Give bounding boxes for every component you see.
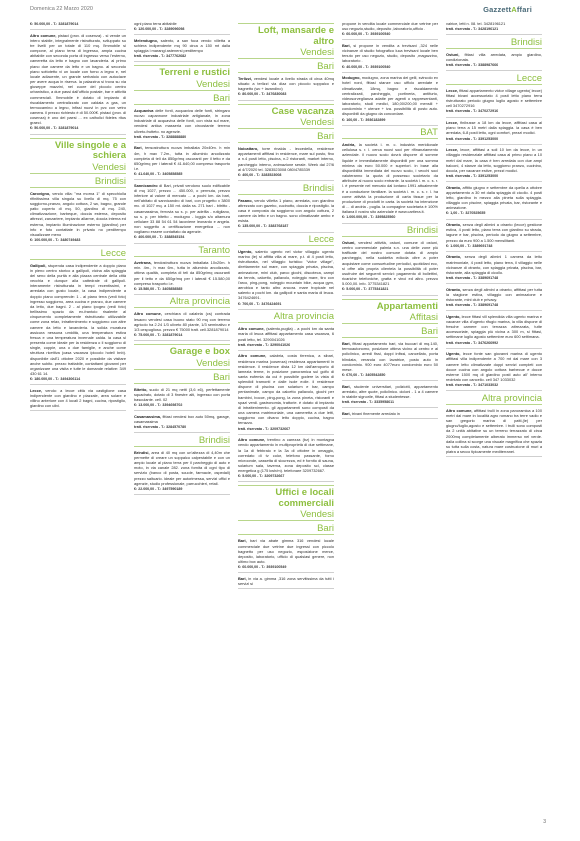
- ad-body: Gallipoli, stupenda casa indipendente a …: [30, 263, 126, 376]
- ad-price-phone: tratt. riservata - T.: 3388987666: [446, 63, 542, 68]
- ad-text: vendo: a lecce città via castiglione cas…: [30, 388, 126, 408]
- classified-ad: Bari, fittasi appartamento bari, via buc…: [342, 340, 438, 381]
- ad-price-phone: €: 160,00 - T.: 3936182899: [342, 118, 438, 123]
- ad-price-phone: €: 5.000,00 - T.: 3775341821: [342, 287, 438, 292]
- classified-ad: Bari, in via a. gimma ,316 zona servitis…: [238, 575, 334, 589]
- classified-ad: Lecce, lecce, affittasi a soli 10 km da …: [446, 146, 542, 182]
- ad-text: vendesi locale a livello strada di circa…: [238, 76, 334, 91]
- ad-body: Otranto, senza degli alimini a otranto (…: [446, 222, 542, 243]
- ad-text: fittasi appartamento victor village ugen…: [446, 88, 542, 108]
- ad-body: Avetrana, tendostruttura nuova imballata…: [134, 260, 230, 286]
- ad-body: Melendugno, salento, a san foca vendo vi…: [134, 38, 230, 53]
- classified-ad: Altro comune, calabria, costa tirrenica,…: [238, 352, 334, 434]
- ad-body: Bari, fittasi appartamento bari, via buc…: [342, 341, 438, 372]
- ad-price-phone: €: 50.000,00 - T.: 3281879014: [30, 22, 126, 27]
- subsection-heading: Lecce: [238, 234, 334, 246]
- classified-ad: Lecce, vendo: a lecce città via castigli…: [30, 387, 126, 412]
- ad-price-phone: €: 400,00 - T.: 3283523008: [238, 173, 334, 178]
- column-3: Loft, mansarde e altroVendesiBariTerlizz…: [238, 20, 334, 830]
- classified-ad: Lecce, fittasi appartamento victor villa…: [446, 87, 542, 118]
- ad-body: Ostuni, fittasi villa arredata, ampio gi…: [446, 52, 542, 62]
- subsection-heading: Vendesi: [134, 79, 230, 91]
- ad-price-phone: €: 670,00 - T.: 3405542850: [342, 373, 438, 378]
- ad-body: Bari, tensostruttura nuova imballata 20x…: [134, 145, 230, 171]
- ad-price-phone: €: 180.000,00 - T.: 3494306114: [30, 377, 126, 382]
- subsection-heading: Bari: [238, 61, 334, 73]
- brand-suffix: ffari: [517, 5, 532, 14]
- classified-ad: Terlizzi, vendesi locale a livello strad…: [238, 75, 334, 101]
- subsection-heading: Lecce: [30, 248, 126, 260]
- ad-price-phone: €: 13.000,00 - T.: 3394698702: [134, 403, 230, 408]
- ad-price-phone: tratt. riservata - T.: 3209732667: [238, 427, 334, 432]
- ad-price-phone: tratt. riservata - T.: 3391253000: [446, 174, 542, 179]
- ad-text: suolo di 21 mq netti (3,6 x6), perfettam…: [134, 387, 230, 402]
- subsection-heading: Bari: [238, 523, 334, 535]
- ad-price-phone: tratt. riservata - T.: 3284570780: [134, 425, 230, 430]
- column-4: propone in vendita locale commerciale du…: [342, 20, 438, 830]
- classified-ad: Altro comune, affittasi trulli in zona p…: [446, 407, 542, 457]
- section-heading: Ville singole e a schiera: [30, 138, 126, 162]
- ad-text: trentino a carezza (bz) in montagna vend…: [238, 437, 334, 473]
- subsection-heading: Lecce: [446, 73, 542, 85]
- classified-ad: Carovigno, vendo villa: "ma morna 1" di …: [30, 190, 126, 247]
- subsection-heading: Taranto: [134, 245, 230, 257]
- subsection-heading: Brindisi: [30, 176, 126, 188]
- section-heading: Loft, mansarde e altro: [238, 23, 334, 47]
- ad-price-phone: €: 5.000,00 - T.: 3209732667: [238, 474, 334, 479]
- ad-body: Lecce, vendo: a lecce città via castigli…: [30, 388, 126, 409]
- classified-ad: Bari, trivani finemente arredato in: [342, 410, 438, 419]
- classified-ad: Melendugno, salento, a san foca vendo vi…: [134, 37, 230, 63]
- ad-price-phone: €: 22.000,00 - T.: 3497590189: [134, 487, 230, 492]
- ad-text: lecce fittasi vill splendida villa ugent…: [446, 314, 542, 340]
- ad-price-phone: €: 15.580,00 - T.: 3405858585: [134, 287, 230, 292]
- ad-text: vendesi attività, ostuni, comune di ostu…: [342, 240, 438, 286]
- subsection-heading: Bari: [342, 326, 438, 338]
- classified-ad: Fasano, vendo villetta 1 piano, arredata…: [238, 197, 334, 233]
- classified-ad: Sannicandro di Bari, privati vendono suo…: [134, 182, 230, 244]
- classified-ad: Otranto, affitto giugno e settembre da q…: [446, 184, 542, 220]
- ad-body: Terlizzi, vendesi locale a livello strad…: [238, 76, 334, 91]
- subsection-heading: Vendesi: [30, 162, 126, 174]
- ad-body: Ugento, salento ugento nel victor villag…: [238, 249, 334, 301]
- ad-text: senza degli alimini a otranto (lecce) ge…: [446, 222, 542, 242]
- ad-body: Altro comune, (salento,puglia) - a pochi…: [238, 326, 334, 341]
- classified-ad: Altro comune, trentino a carezza (bz) in…: [238, 436, 334, 482]
- ad-price-phone: €: 400.000,00 - T.: 3388545154: [134, 235, 230, 240]
- subsection-heading: Brindisi: [446, 37, 542, 49]
- classified-ad: Otranto, senza degli alimini a otranto (…: [446, 221, 542, 252]
- ad-price-phone: €: 80.000,00 - T.: 3476830083: [238, 92, 334, 97]
- section-heading: Uffici e locali commerciali: [238, 485, 334, 509]
- ad-body: Bari, si propone in vendita a trevisani …: [342, 43, 438, 64]
- classified-ad: Noicattaro, torre rinalda - leccedella, …: [238, 145, 334, 181]
- ad-text: stupenda casa indipendente a doppio pian…: [30, 263, 126, 376]
- ad-body: Acquaviva delle fonti, acquaviva delle f…: [134, 108, 230, 134]
- ad-price-phone: tratt. riservata - T.: 3470272916: [446, 109, 542, 114]
- ad-text: tensostruttura nuova imballata 20x40m. h…: [134, 145, 230, 171]
- section-heading: Garage e box: [134, 344, 230, 358]
- ad-body: Noicattaro, torre rinalda - leccedella, …: [238, 146, 334, 172]
- ad-text: lecce, affittasi a soli 10 km da lecce, …: [446, 147, 542, 173]
- ad-text: studente universitari, poliziotti, appar…: [342, 384, 438, 399]
- classified-ad: Otranto, senza degli alimini a otranto, …: [446, 286, 542, 312]
- subsection-heading: Vendesi: [238, 47, 334, 59]
- classified-ad: valrice, letti n. 08. tel. 3428196121tra…: [446, 20, 542, 35]
- ad-text: senza degli alimini a otranto, affittasi…: [446, 287, 542, 302]
- classified-ad: Ugento, lecce fittasi vill splendida vil…: [446, 313, 542, 349]
- classified-ad: Bitetto, suolo di 21 mq netti (3,6 x6), …: [134, 386, 230, 412]
- classified-ad: Bari, tensostruttura nuova imballata 20x…: [134, 144, 230, 180]
- ad-body: Bari, trivani finemente arredato in: [342, 411, 438, 416]
- ad-body: Otranto, senza degli alimini a otranto, …: [446, 287, 542, 302]
- ad-text: in via a. gimma ,316 zona servitissima d…: [238, 576, 334, 586]
- classified-ad: Ostuni, fittasi villa arredata, ampio gi…: [446, 51, 542, 71]
- ad-body: Ugento, lecce fonte san giovanni marina …: [446, 351, 542, 382]
- ad-text: bari via abate gimma 316 vendesi locale …: [238, 538, 334, 564]
- classified-ad: ogni piano terra abitabile€: 120.000,00 …: [134, 20, 230, 35]
- classified-ad: €: 50.000,00 - T.: 3281879014: [30, 20, 126, 30]
- classified-ad: Bari, bari via abate gimma 316 vendesi l…: [238, 537, 334, 573]
- ad-text: affittasi trulli in zona panoramica a 10…: [446, 408, 542, 454]
- ad-body: Bari, bari via abate gimma 316 vendesi l…: [238, 538, 334, 564]
- ad-text: ogni piano terra abitabile: [134, 21, 177, 26]
- classified-ad: Acquaviva delle fonti, acquaviva delle f…: [134, 107, 230, 143]
- ad-text: fittasi appartamento bari, via buccari d…: [342, 341, 438, 372]
- classified-ad: Modugno, modugno, zona marina dei gelli,…: [342, 74, 438, 125]
- ad-body: Modugno, modugno, zona marina dei gelli,…: [342, 75, 438, 116]
- ad-location: Bari,: [342, 411, 351, 416]
- ad-text: salento ugento nel victor villaggio ugen…: [238, 249, 334, 300]
- ad-price-phone: €: 50.000,00 - T.: 3281879014: [30, 126, 126, 131]
- classified-ad: Andria, la società i. m. c. industria me…: [342, 141, 438, 223]
- ad-text: lecce fonte san giovanni marina di ugent…: [446, 351, 542, 382]
- subsection-heading: Brindisi: [134, 435, 230, 447]
- subsection-heading: Brindisi: [342, 225, 438, 237]
- subsection-heading: Altra provincia: [446, 393, 542, 405]
- classified-ad: Ostuni, vendesi attività, ostuni, comune…: [342, 239, 438, 296]
- ad-price-phone: €: 700,00 - T.: 3476424691: [238, 302, 334, 307]
- ad-price-phone: €: 60.000,00 - T.: 3939100549: [238, 565, 334, 570]
- ad-price-phone: tratt. riservata - T.: 3389691748: [446, 303, 542, 308]
- ad-price-phone: €: 60.000,00 - T.: 3939100540: [342, 32, 438, 37]
- ad-body: Altro comune, pistaci (prov. di cosenza)…: [30, 33, 126, 126]
- subsection-heading: Bari: [134, 372, 230, 384]
- ad-price-phone: tratt. riservata - T.: 3471033032: [446, 383, 542, 388]
- ad-body: Lecce, fittasi appartamento victor villa…: [446, 88, 542, 109]
- brand-logo: GazzettAffari: [483, 5, 532, 14]
- ad-price-phone: tratt. riservata - T.: 3335958611: [342, 400, 438, 405]
- ad-text: la società i. m. c. industria meridional…: [342, 142, 438, 214]
- ad-body: Casamassima, fittasi vendesi box auto 50…: [134, 414, 230, 424]
- ad-body: Altro comune, calabria, costa tirrenica,…: [238, 353, 334, 425]
- ad-text: modugno, zona marina dei gelli, svincolo…: [342, 75, 438, 116]
- ad-text: finibusse a 18 km da lecce, affittasi ca…: [446, 120, 542, 135]
- subsection-heading: Altra provincia: [134, 296, 230, 308]
- ad-text: affitto giugno e settembre da quella a o…: [446, 185, 542, 211]
- classified-ad: Altro comune, cerchiara di calabria (cs)…: [134, 310, 230, 341]
- ad-text: senza degli alimini 1 camera da letto ma…: [446, 254, 542, 274]
- classified-ad: propone in vendita locale commerciale du…: [342, 20, 438, 40]
- ad-text: pistaci (prov. di cosenza) - si vende un…: [30, 33, 126, 126]
- ad-price-phone: tratt. riservata - T.: 3389691748: [446, 276, 542, 281]
- classified-ad: Lecce, finibusse a 18 km da lecce, affit…: [446, 119, 542, 145]
- ad-text: propone in vendita locale commerciale du…: [342, 21, 438, 31]
- classified-ad: Avetrana, tendostruttura nuova imballata…: [134, 259, 230, 295]
- ad-body: Brindisi, area di 40 mq con un'altezza d…: [134, 450, 230, 486]
- ad-price-phone: €: 100.000,00 - T.: 3480749483: [30, 238, 126, 243]
- classified-ad: Bari, si propone in vendita a trevisani …: [342, 42, 438, 73]
- section-heading: Terreni e rustici: [134, 65, 230, 79]
- ad-body: Ostuni, vendesi attività, ostuni, comune…: [342, 240, 438, 286]
- ad-body: Altro comune, cerchiara di calabria (cs)…: [134, 311, 230, 332]
- ad-body: Bari, in via a. gimma ,316 zona servitis…: [238, 576, 334, 586]
- ad-text: fittasi villa arredata, ampio giardino, …: [446, 52, 542, 62]
- column-5: valrice, letti n. 08. tel. 3428196121tra…: [446, 20, 542, 830]
- page-header: Domenica 22 Marzo 2020 GazzettAffari: [0, 0, 580, 20]
- ad-text: di Bari, privati vendono suolo edificabi…: [134, 183, 230, 234]
- ad-price-phone: €: 135.000,00 - T.: 3383768187: [238, 224, 334, 229]
- ad-body: Bari, studente universitari, poliziotti,…: [342, 384, 438, 399]
- ad-price-phone: tratt. riservata - T.: 3391253000: [446, 137, 542, 142]
- subsection-heading: Brindisi: [238, 183, 334, 195]
- ad-price-phone: tratt. riservata - T.: 3290041026: [238, 343, 334, 348]
- subsection-heading: Bari: [238, 131, 334, 143]
- ad-body: Sannicandro di Bari, privati vendono suo…: [134, 183, 230, 235]
- ad-body: Fasano, vendo villetta 1 piano, arredata…: [238, 198, 334, 224]
- ad-body: Lecce, finibusse a 18 km da lecce, affit…: [446, 120, 542, 135]
- ad-body: Lecce, lecce, affittasi a soli 10 km da …: [446, 147, 542, 173]
- ad-body: Andria, la società i. m. c. industria me…: [342, 142, 438, 214]
- classified-ad: Bari, studente universitari, poliziotti,…: [342, 383, 438, 409]
- ad-text: calabria, costa tirrenica, a sibari, res…: [238, 353, 334, 425]
- column-1: €: 50.000,00 - T.: 3281879014Altro comun…: [30, 20, 126, 830]
- ad-price-phone: €: 120.000,00 - T.: 3289096098: [134, 27, 230, 32]
- column-2: ogni piano terra abitabile€: 120.000,00 …: [134, 20, 230, 830]
- ad-price-phone: €: 40.000,00 - T.: 3939100540: [342, 65, 438, 70]
- ad-price-phone: €: 41.640,00 - T.: 3405858585: [134, 172, 230, 177]
- brand-prefix: Gazzett: [483, 5, 511, 14]
- subsection-heading: Vendesi: [238, 509, 334, 521]
- ad-body: ogni piano terra abitabile: [134, 21, 230, 26]
- ad-price-phone: €: 1,00 - T.: 3270525655: [446, 211, 542, 216]
- section-heading: Appartamenti: [342, 299, 438, 313]
- classified-ad: Altro comune, (salento,puglia) - a pochi…: [238, 325, 334, 351]
- ad-body: Bitetto, suolo di 21 mq netti (3,6 x6), …: [134, 387, 230, 402]
- ad-text: trivani finemente arredato in: [351, 411, 400, 416]
- ad-price-phone: tratt. riservata - T.: 3476266992: [446, 341, 542, 346]
- classified-ad: Casamassima, fittasi vendesi box auto 50…: [134, 413, 230, 433]
- ad-price-phone: €: 1.000.000,00 - T.: 3395825560: [342, 215, 438, 220]
- ad-price-phone: tratt. riservata - T.: 3477762682: [134, 54, 230, 59]
- subsection-heading: Vendesi: [134, 358, 230, 370]
- ad-body: Altro comune, trentino a carezza (bz) in…: [238, 437, 334, 473]
- classified-ad: Ugento, salento ugento nel victor villag…: [238, 248, 334, 310]
- ad-text: vendo villa: "ma morna 1" di specchiolla…: [30, 191, 126, 237]
- classified-columns: €: 50.000,00 - T.: 3281879014Altro comun…: [30, 20, 542, 830]
- ad-text: area di 40 mq con un'altezza di 4,40m ch…: [134, 450, 230, 486]
- classified-ad: Otranto, senza degli alimini 1 camera da…: [446, 253, 542, 284]
- ad-price-phone: €: 75.000,00 - T.: 3281879014: [134, 333, 230, 338]
- classified-ad: Brindisi, area di 40 mq con un'altezza d…: [134, 449, 230, 495]
- ad-price-phone: tratt. riservata - T.: 3288888880: [134, 135, 230, 140]
- subsection-heading: Vendesi: [238, 117, 334, 129]
- subsection-heading: Altra provincia: [238, 311, 334, 323]
- classified-ad: Gallipoli, stupenda casa indipendente a …: [30, 262, 126, 386]
- ad-price-phone: tratt. riservata - T.: 3428196121: [446, 27, 542, 32]
- ad-price-phone: €: 1.000,00 - T.: 3389691748: [446, 244, 542, 249]
- ad-body: Carovigno, vendo villa: "ma morna 1" di …: [30, 191, 126, 237]
- ad-text: vendo villetta 1 piano, arredata, con gi…: [238, 198, 334, 224]
- classified-ad: Ugento, lecce fonte san giovanni marina …: [446, 350, 542, 391]
- ad-body: Otranto, affitto giugno e settembre da q…: [446, 185, 542, 211]
- ad-body: Altro comune, affittasi trulli in zona p…: [446, 408, 542, 454]
- classified-ad: Altro comune, pistaci (prov. di cosenza)…: [30, 32, 126, 135]
- subsection-heading: BAT: [342, 127, 438, 139]
- subsection-heading: Affitasi: [342, 312, 438, 324]
- ad-body: Otranto, senza degli alimini 1 camera da…: [446, 254, 542, 275]
- subsection-heading: Bari: [134, 93, 230, 105]
- ad-text: valrice, letti n. 08. tel. 3428196121: [446, 21, 505, 26]
- section-heading: Case vacanza: [238, 104, 334, 118]
- ad-body: Ugento, lecce fittasi vill splendida vil…: [446, 314, 542, 340]
- page-number: 3: [543, 819, 546, 825]
- issue-date: Domenica 22 Marzo 2020: [30, 6, 93, 12]
- ad-body: propone in vendita locale commerciale du…: [342, 21, 438, 31]
- ad-text: si propone in vendita a trevisani ,324 n…: [342, 43, 438, 63]
- ad-body: valrice, letti n. 08. tel. 3428196121: [446, 21, 542, 26]
